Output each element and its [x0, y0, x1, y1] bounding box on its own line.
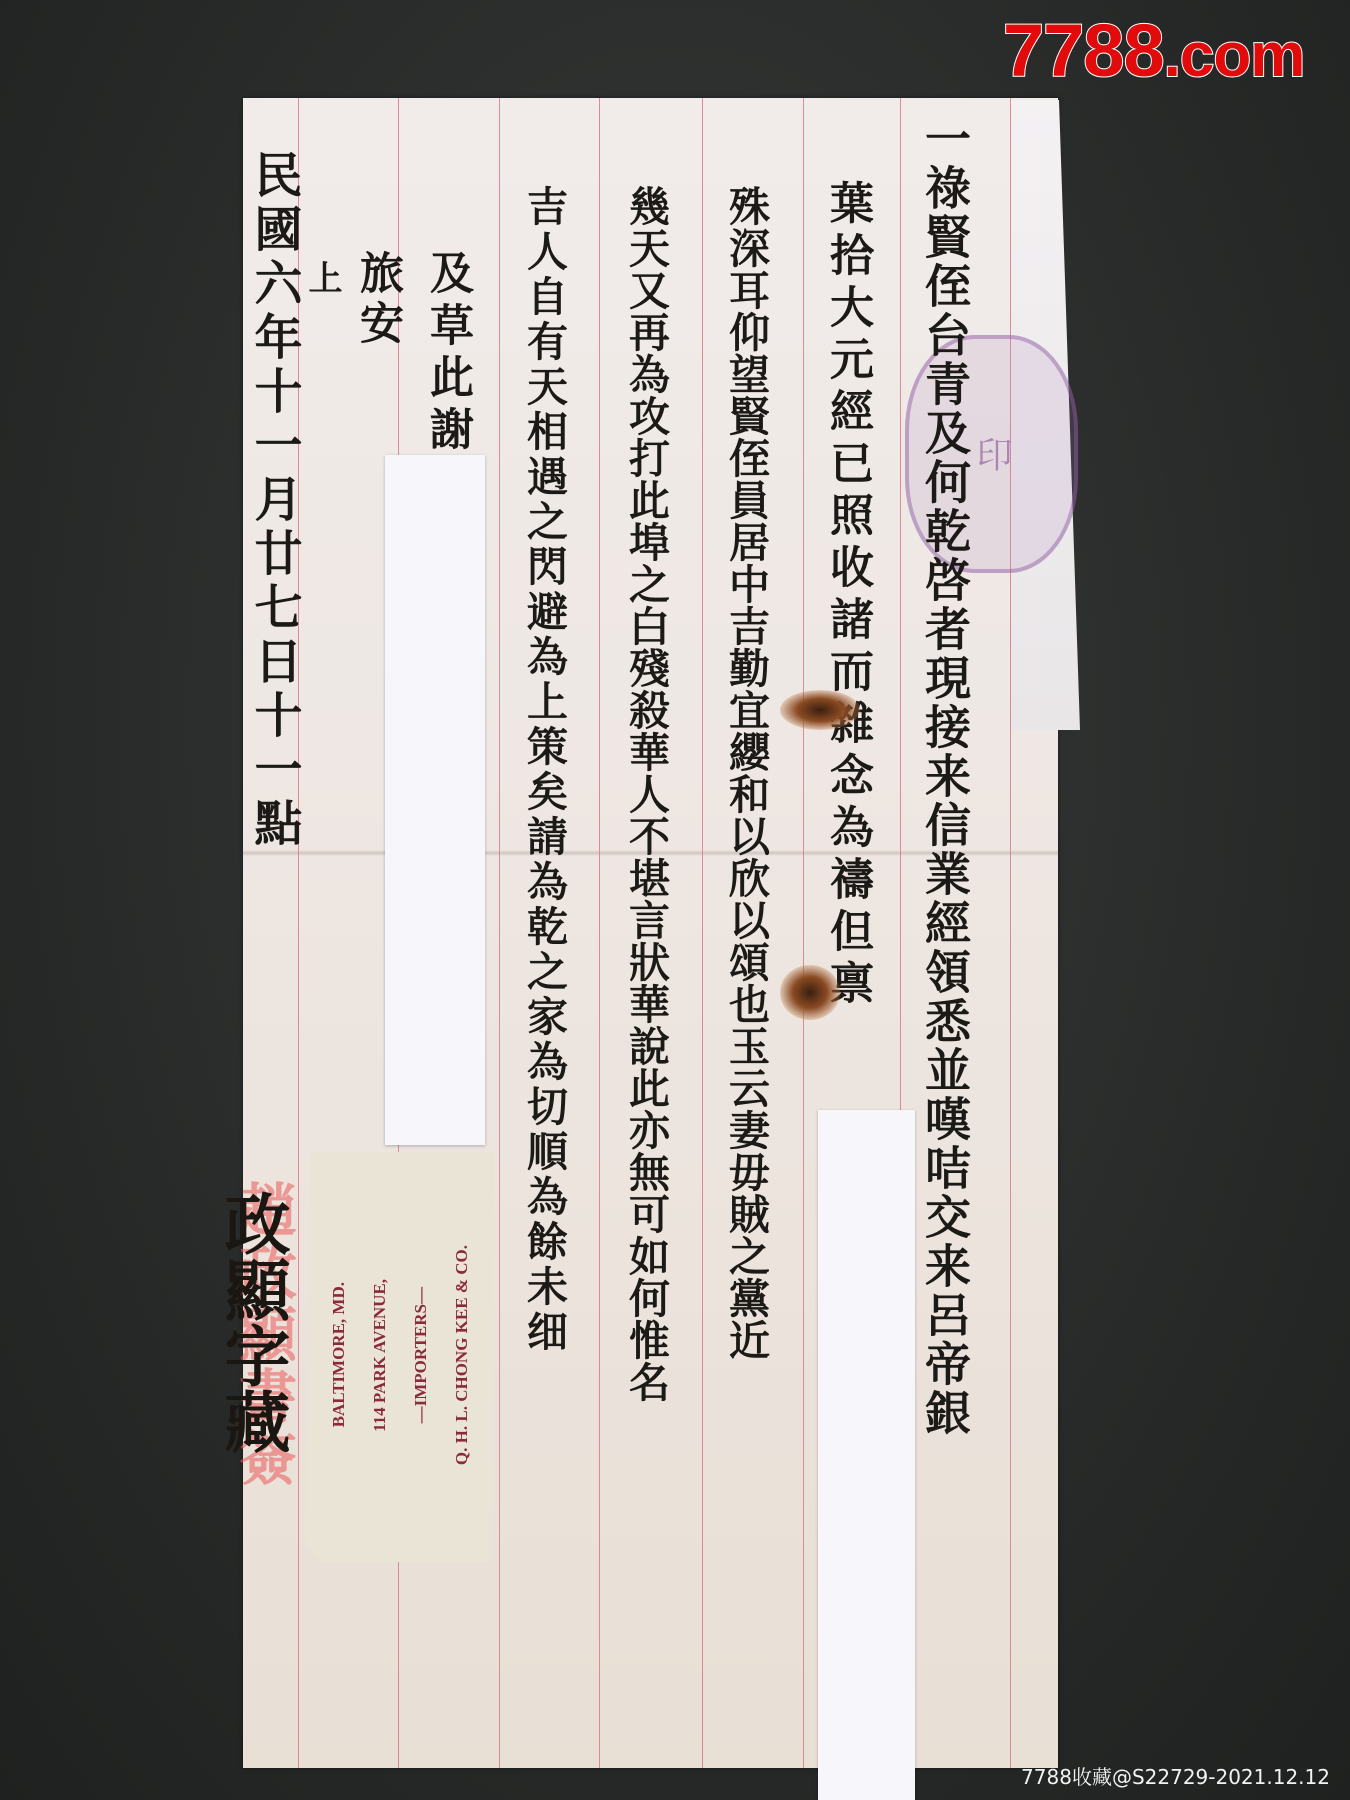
letter-column-1: 一祿賢侄台青及何乾啓者現接来信業經領悉並嘆咭交来呂帝銀 [922, 115, 968, 1438]
letter-column-3: 殊深耳仰望賢侄員居中吉勤宜纓和以欣以頌也玉云妻毋賊之黨近 [725, 185, 766, 1361]
red-rule-line [499, 98, 500, 1768]
white-paper-strip [385, 455, 485, 1145]
letter-column-6: 及草此謝 [425, 250, 469, 458]
label-company: Q. H. L. CHONG KEE & CO. [452, 1245, 472, 1465]
label-importers: —IMPORTERS— [411, 1287, 431, 1423]
letter-column-8: 上 [305, 260, 339, 296]
address-label-text: Q. H. L. CHONG KEE & CO. —IMPORTERS— 114… [318, 1170, 483, 1540]
label-city: BALTIMORE, MD. [329, 1282, 349, 1427]
burn-mark [780, 965, 840, 1020]
watermark-text: 7788收藏@S22729-2021.12.12 [1021, 1761, 1330, 1790]
red-rule-line [803, 98, 804, 1768]
purple-seal-text: 印 [966, 436, 1017, 472]
logo-digits: 7788 [1003, 9, 1164, 92]
burn-mark [780, 690, 860, 730]
red-rule-line [599, 98, 600, 1768]
letter-column-7: 旅安 [355, 250, 399, 350]
signature: 政顯字藏 [205, 1190, 300, 1454]
white-paper-strip [818, 1110, 915, 1800]
letter-column-5: 吉人自有天相遇之閃避為上策矣請為乾之家為切順為餘未细 [523, 185, 564, 1355]
letter-column-4: 幾天又再為攻打此埠之白殘殺華人不堪言狀華說此亦無可如何惟名 [625, 185, 666, 1403]
red-rule-line [702, 98, 703, 1768]
label-street: 114 PARK AVENUE, [370, 1279, 390, 1432]
logo-suffix: .com [1164, 21, 1305, 90]
date-column: 民國六年十一月廿七日十一點 [250, 150, 298, 852]
letter-column-2: 葉拾大元經已照收諸而雜念為禱但禀 [825, 180, 869, 1012]
site-logo: 7788.com [1003, 8, 1304, 93]
